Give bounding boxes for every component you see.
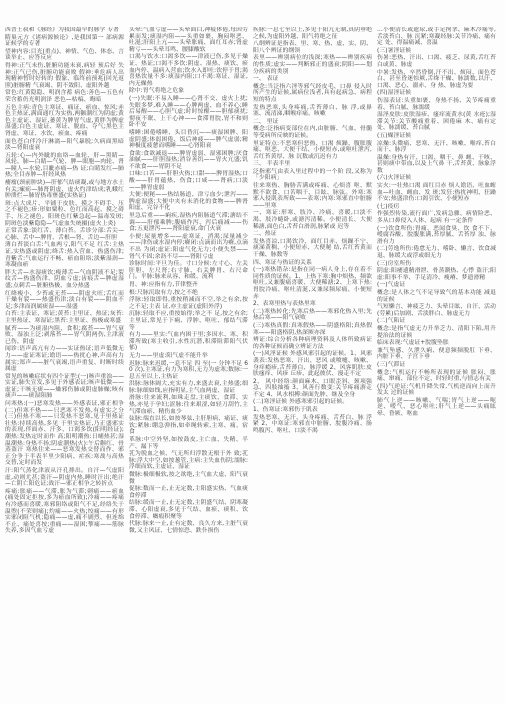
note-paragraph: 八纲辨证是指表、里、寒、热、虚、实、阴、阳八个辨证的纲领 (253, 41, 372, 54)
note-paragraph: 问寒热:(一)恶寒发热——外感表证,邪正相争(二)但寒不热——只恶寒不发热,有虚… (5, 401, 124, 467)
note-paragraph: 1、伤寒证:寒邪伤于肌表 (253, 407, 372, 414)
text-column-1: 西晋王叔和《脉经》为我国最早的脉学 专著隋巢元方《诸病源候论》,是我国第一 部病… (5, 27, 124, 662)
note-paragraph: 湿淫皮肤:皮肤湿疹、瘙痒流黄水(黄 水疮);湿滞关节:关节酸痛重着、困倦麻 木、… (377, 112, 496, 132)
note-paragraph: 沉脉:轻取不应,重按始得;举之不 足,按之有余;主里证,常见于下痢、浮肿、呕吐、… (129, 311, 248, 331)
note-paragraph: 诊脉时间:平旦为佳。寸口分候:左寸心、左关肝胆、左尺肾;右寸肺、右关脾胃、右尺命… (129, 261, 248, 281)
note-paragraph: 临床表现:气虚证+脘腹坠胀 (377, 340, 496, 347)
note-paragraph: 胃、神:应指有力,节律整齐 (129, 282, 248, 289)
note-paragraph: (六)火淫证候 (377, 175, 496, 182)
note-paragraph: 瘿瘤(颈前肿块)—肝郁气结痰凝,或与地方水土有关;瘰疬—肺肾阴虚、虚火灼津结成;… (5, 180, 124, 200)
note-paragraph: 洪脉:脉体阔大,充实有力,来盛去衰,主热盛;细脉:脉细如线,应指明显,主气血两虚… (129, 381, 248, 394)
note-paragraph: 伤湿表证:头重如裹、身热不扬、关节疼痛重着、苔白腻、脉濡缓 (377, 98, 496, 111)
note-paragraph: (三)寒热真假:真寒假热——阴盛格阳;真热假寒——阳盛格阴,热深厥亦深 (253, 323, 372, 336)
note-paragraph: 常见的咳嗽症状有四个证型:(一)咳声重浊——实证,肺失宣发,多见于外感表证;咳声… (5, 374, 124, 400)
note-paragraph: 实火:一壮热口渴 面红目赤 烦人谵语、吐血衄血—吐血、衄血、发 斑;发狂:热扰神… (377, 183, 496, 203)
note-paragraph: 根:尺脉沉取有力,按之不绝 (129, 290, 248, 297)
note-paragraph: 二、 里证 (253, 119, 372, 126)
note-paragraph: 隋巢元方《诸病源候论》,是我国第一 部病源证候学的专著 (5, 35, 124, 48)
note-paragraph: 辨证:综合分析各种病理资料及人体所致病证的各种证候而确立辨证方法 (253, 337, 372, 350)
note-paragraph: 口味:口苦——肝胆火热;口甜——脾胃湿热;口酸——肝胃蕴热、伤食;口咸——肾病;… (129, 171, 248, 191)
note-paragraph: 除中:胃气将绝之危象 (129, 88, 248, 95)
note-paragraph: (一)失眠:不易入睡——心肾不交、虚火上扰;失眠多梦,难入睡——心脾两虚、血不养… (129, 96, 248, 129)
note-paragraph: 红绛瘦小、少苔或无苔——阴虚火旺;舌红而干燥有裂——热盛伤津;淡白有裂——阴血不… (5, 291, 124, 311)
note-paragraph: 闻诊:语声高亢有力——实证热证;语声低微无力——虚证寒证;谵语——热扰心神,声高… (5, 346, 124, 372)
note-paragraph: 作强烈传染,流行面广,发病急骤、病情险恶、多从口鼻侵入人体、起病 有一定条件 (377, 211, 496, 224)
note-paragraph: 胖大舌—水湿痰饮;瘦薄舌—气血阴液不足;裂纹舌—热盛伤津、阴血亏虚;齿痕舌—脾虚… (5, 270, 124, 290)
note-paragraph: 常色:红黄隐隐、明润含蓄 病色:善色—五色有荣含蓄仍光明润泽 恶色—枯槁、晦暗 (5, 90, 124, 103)
note-paragraph: (三)房室所伤 (377, 261, 496, 268)
note-paragraph: 斑:点大成片、平铺于皮肤、摸之不碍手、压之不褪色;疹:形如粟粒、色红而高起、摸之… (5, 201, 124, 227)
note-paragraph: 疾脉:一息七至以上,多见于阳亢无制,真阴垂绝之候,为虚阳外越、阳气将绝之征 (253, 27, 372, 40)
note-paragraph: 一、 表证 (253, 76, 372, 83)
note-paragraph: 阴虚:阳痿遗精滑泄、骨蒸潮热、心悸 盗汗;阳虚:阳事不举、手足清冷、瘦瘠、梦遗滑… (377, 268, 496, 281)
note-paragraph: (三)气滞证 (377, 362, 496, 369)
note-paragraph: 食欲:食欲减退——脾胃虚弱、湿邪困脾;厌食油腻——肝胆湿热;消谷善饥——胃火亢盛… (129, 151, 248, 171)
note-paragraph: 肺气上逆——咳嗽、气喘;胃气上逆——呃逆、嗳气、恶心呕吐;肝气上逆——头痛眩晕、… (377, 398, 496, 418)
note-paragraph: (四)气逆证:气机升降失常,气机逆而向上而升发太 过的证候 (377, 384, 496, 397)
note-paragraph: 概念:当泛指六淫等邪气经皮毛、口鼻 侵入时所产生的证候,属病位浅者,具有起病急、… (253, 84, 372, 104)
note-paragraph: 伤暑:恶热、汗出、口渴、疲乏、尿黄,舌红苔白或黄、脉虚 (377, 55, 496, 68)
text-column-3: 疾脉:一息七至以上,多见于阳亢无制,真阴垂绝之候,为虚阳外越、阳气将绝之征八纲辨… (253, 27, 372, 662)
note-paragraph: (三)暑淫证候 (377, 48, 496, 55)
note-paragraph: (一)气虚证 (377, 282, 496, 289)
note-paragraph: (二)劳逸所伤:倦怠无力、嗜卧、懒言、饮食减退、脉缓大或浮或细无力 (377, 246, 496, 259)
note-paragraph: 气短懒言、神疲乏力、头晕目眩、自汗、活动(劳累)后加剧、舌淡胖白、脉虚无力 (377, 304, 496, 317)
note-paragraph: 薄白苔淡白舌:气血两亏,阳气不足 红舌:主热证,实热盛或阴虚;绛舌:热入营血、热… (5, 242, 124, 268)
note-paragraph: 西晋王叔和《脉经》为我国最早的脉学 专著 (5, 27, 124, 34)
note-paragraph: 兼气坠感、久泄久痢、便意频频脱肛 下垂、内脏下垂、子宫下垂 (377, 348, 496, 361)
note-paragraph: 面色苍白伴冷汗淋漓—阳气暴脱;久病面黑暗淡—肾阳虚衰 (5, 139, 124, 152)
note-paragraph: 结脉:缓而一止,止无定数,主阴盛气结、阴寒凝滞、心阳虚衰,多见于气结、血瘀、痰积… (129, 500, 248, 520)
scanned-notes-page: 西晋王叔和《脉经》为我国最早的脉学 专著隋巢元方《诸病源候论》,是我国第一 部病… (0, 0, 505, 704)
text-column-4: …小便清长或遗尿,或手足拘挛、麻木冷痛等,舌淡苔白、脉 沉紧;寒凝经脉:关节冷痛… (377, 27, 496, 662)
note-paragraph: (一)风淫证候 外感风邪引起的证候。1、风邪袭表:发热恶寒、汗出、恶风 或喷嚏、… (253, 351, 372, 377)
notes-columns: 西晋王叔和《脉经》为我国最早的脉学 专著隋巢元方《诸病源候论》,是我国第一 部病… (5, 27, 501, 662)
note-paragraph: 口渴与饮水:口渴多饮——津液已伤,多见于燥证、热证;口渴不多饮:阴虚、湿热、痰饮… (129, 54, 248, 87)
note-paragraph: 小便:尿量增多——虚寒证、消渴;尿量减少——津伤或水湿内停;癃闭:点滴而出为癃,… (129, 234, 248, 260)
note-paragraph: 2、表寒里热与表热里寒 (253, 301, 372, 308)
note-paragraph: 里急后重——痢疾,湿热内阻肠道气滞;溏结不调——肝郁乘脾;腹痛作泻、泻后痛减——… (129, 213, 248, 233)
note-paragraph: 概念:是人体之气不足导致气的基本功能 减退的证候 (377, 290, 496, 303)
note-paragraph: 五色主病:青色主寒证、痛证、瘀血、惊风;赤色主热证,满面通红为实热,两颧潮红为阴… (5, 105, 124, 138)
note-paragraph: 里证特点:不恶寒但恶热、口渴 烦躁、腹胀腹痛、呕恶、大便干结、小便短赤,或呕吐泄… (253, 141, 372, 161)
note-paragraph: 滑脉:往来流利,如珠走盘,主痰饮、食滞、实热,亦见于孕妇;涩脉:往来艰涩,如轻刀… (129, 395, 248, 415)
note-paragraph: 微脉:极细极软,按之欲绝,主气血大虚、阳气衰微 (129, 472, 248, 485)
note-paragraph: …小便清长或遗尿,或手足拘挛、麻木冷痛等,舌淡苔白、脉 沉紧;寒凝经脉:关节冷痛… (377, 27, 496, 47)
note-paragraph: 望神内容:目光(重点)、神情、气色、体态、言谈举止、应答反应 (5, 49, 124, 62)
note-paragraph: 汗:阳气蒸化津液从汗孔排出。自汗—气虚阳虚,动则尤甚;盗汗—阴虚内热,睡时汗出;… (5, 468, 124, 488)
note-paragraph: (七)疫疠 (377, 204, 496, 211)
note-paragraph: 白苔:主表证、寒证;黄苔:主里证、热证;灰苔:主里热证、寒湿证;黑苔:主里证、热… (5, 311, 124, 324)
note-paragraph: 有力——里实:气血内困于里;多因水、寒、积滞所致(寒主收引,水性沉潜,积滞阻滞阳… (129, 332, 248, 352)
note-paragraph: (四)湿淫证候 (377, 90, 496, 97)
note-paragraph: 发热恶寒,头身疼痛,舌苔薄白、脉 浮,或鼻塞、流清涕,咽喉痒痛、咳嗽 (253, 105, 372, 118)
note-paragraph: 五轮:心—内外眦的血络—血轮、肝—黑睛—风轮、肺—白睛—气轮、脾—眼胞—肉轮、肾… (5, 153, 124, 179)
note-paragraph: 发热喜凉,口渴饮冷、面红目赤、烦躁不宁、痰涕黄稠、小便短赤、大便秘 结,舌红苔黄… (253, 239, 372, 259)
note-paragraph: 革脉:中空外坚,如按鼓皮,主亡血、失精、半产、漏下等 (129, 437, 248, 450)
note-paragraph: 促脉:数而一止,止无定数,主阳盛实热、气血痰食停滞 (129, 486, 248, 499)
note-paragraph: 三、 半表半里 (253, 161, 372, 168)
note-paragraph: 嗜睡:困倦嗜睡、头目昏沉——痰湿困脾、阳虚阴盛;体弱困倦、饭后神疲——脾气虚弱;… (129, 130, 248, 150)
note-paragraph: 弦脉:端直以长,如按琴弦,主肝胆病、痛证、痰饮;紧脉:绷急弹指,如牵绳转索,主寒… (129, 416, 248, 436)
note-paragraph: 2、 风中经络:颜面麻木、口眼歪斜、颈项强急、四肢抽搐 3、风善行数变:关节疼痛… (253, 379, 372, 399)
note-paragraph: 一、寒证:形寒、肢冷、冷痛、喜暖,口淡不渴、肢冷蜷卧,或溏泻清稀、小便清长、大便… (253, 210, 372, 230)
note-paragraph: 得神:正气未伤,脏腑功能未衰,病轻 预后好 失神:正气已伤,脏腑功能衰败 假神:… (5, 63, 124, 89)
note-paragraph: 腻苔——为痰湿内阻、食积;腐苔——胃气衰败、湿浊上泛;剥落苔——胃气阴两伤,主津… (5, 326, 124, 346)
note-paragraph: 芤为脱血之候、气无所归浮散无根于外 致;芤脉:浮大中空,如按葱管,主病:主失血伤… (129, 451, 248, 471)
note-paragraph: 疼痛:胀痛——气滞,胀为气滞;刺痛——瘀血(痛处固定拒按,多为瘀血所致);冷痛—… (5, 489, 124, 535)
note-paragraph: (一)寒热错杂:是指在同一病人身上,存在着不同性质的证候。1、上热下寒:胸中烦热… (253, 267, 372, 300)
note-paragraph: 凉燥:头微痛、恶寒、无汗、咳嗽、喉痒,苔白而干、脉浮 (377, 141, 496, 154)
note-paragraph: 发热恶寒、无汗、头身疼痛、舌苔白、脉 浮紧 2、中寒证:寒邪直中脏腑、脘腹冷痛、… (253, 415, 372, 435)
note-paragraph: (二)寒热转化:先寒后热——寒邪化热入里;先热后寒——阳气衰败 (253, 309, 372, 322)
note-paragraph: 迟脉:脉来迟缓,一息不足 四 至(一 分钟不足 60 次),主寒证,有力为寒积,… (129, 361, 248, 381)
note-paragraph: 概念:是指气虚无力升举乏力、清阳下陷,用升提治法的证候 (377, 326, 496, 339)
text-column-2: 头晕:气血亏虚——头晕面白,神疲体倦,每因劳累而发;痰湿内阻——头重如裹、胸闷呕… (129, 27, 248, 662)
note-paragraph: 代脉:脉来一止,止有定数、良久方来,主脏气衰微,又主风证、七情惊恐、跌仆损伤 (129, 521, 248, 534)
note-paragraph: 大便:便秘——热结肠道、津亏血少;泄泻——脾虚湿盛;大便中夹有未消化的食物——脾… (129, 192, 248, 212)
note-paragraph: 泛指邪气由表入里过程中的一个阶 段,又称为「少阳病」 (253, 169, 372, 182)
note-paragraph: 往来寒热、胸胁苦满或疼痛、心烦喜 呕、默默不欲食、口苦咽干、目眩、脉弦。外寒:寒… (253, 183, 372, 209)
note-paragraph: (五)燥淫证候 (377, 133, 496, 140)
note-paragraph: 温燥:身热有汗、口渴、咽干、鼻 衄、干咳、甚则痰中带血,以及上气鼻 干,舌苔黄、… (377, 155, 496, 175)
note-paragraph: 无力——里虚:阳气虚不能升举 (129, 353, 248, 360)
note-paragraph: 四、寒证与热证的关系 (253, 260, 372, 267)
note-paragraph: (一)饮食所伤:胃痛、恶闻食臭、饮 食不下、嗳腐吞酸、脘腹胀满,苔厚腻、舌苔厚 … (377, 226, 496, 246)
note-paragraph: 二、热证 (253, 231, 372, 238)
note-paragraph: 表里——辨别病位的浅深;寒热——辨别疾病的性质;虚实——判断邪正的盛衰;阴阳——… (253, 55, 372, 75)
note-paragraph: (二)气陷证 (377, 318, 496, 325)
note-paragraph: (二)寒淫证候 外感寒邪引起的证候。 (253, 399, 372, 406)
note-paragraph: 中暑:发热、卒然昏倒,汗不出、烦闷、面色苍白、甚至昏迷惊厥,舌绛干燥、脉濡数,以… (377, 70, 496, 90)
note-paragraph: 正常舌象:淡红舌、薄白苔。舌诊分部:舌尖—心肺、舌中—脾胃、舌根—肾、舌边—肝胆 (5, 228, 124, 241)
note-paragraph: 浮脉:轻取即得,重按稍减而不空,举之有余,按之不足;主表 证,亦主虚证(虚阳外浮… (129, 297, 248, 310)
note-paragraph: 概念:泛指病变部位在内,由脏腑、气血、骨髓等受病所反映的证候。 (253, 126, 372, 139)
note-paragraph: 概念:气机运行不畅所表现的证候 胀闷、胀痛、窜痛、部位不定、时轻时重,与情志有关 (377, 370, 496, 383)
note-paragraph: 头晕:气血亏虚——头晕面白,神疲体倦,每因劳累而发;痰湿内阻——头重如裹、胸闷呕… (129, 27, 248, 53)
